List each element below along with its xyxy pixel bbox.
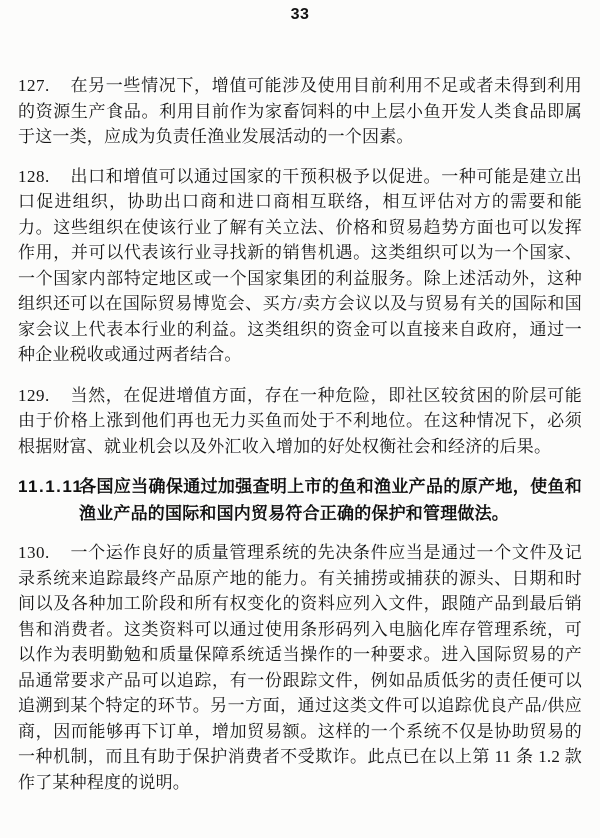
paragraph-130-text: 一个运作良好的质量管理系统的先决条件应当是通过一个文件及记录系统来追踪最终产品原… xyxy=(18,543,582,792)
paragraph-128-text: 出口和增值可以通过国家的干预积极予以促进。一种可能是建立出口促进组织，协助出口商… xyxy=(18,167,582,365)
paragraph-127: 127.在另一些情况下，增值可能涉及使用目前利用不足或者未得到利用的资源生产食品… xyxy=(18,73,582,150)
section-heading-number: 11.1.11 xyxy=(18,473,79,500)
page-number: 33 xyxy=(18,6,582,24)
paragraph-129-number: 129. xyxy=(18,383,70,409)
paragraph-130: 130.一个运作良好的质量管理系统的先决条件应当是通过一个文件及记录系统来追踪最… xyxy=(18,540,582,795)
paragraph-130-number: 130. xyxy=(18,540,70,566)
paragraph-128-number: 128. xyxy=(18,164,70,190)
paragraph-129: 129.当然，在促进增值方面，存在一种危险，即社区较贫困的阶层可能由于价格上涨到… xyxy=(18,383,582,460)
section-heading-11-1-11: 11.1.11各国应当确保通过加强查明上市的鱼和渔业产品的原产地，使鱼和渔业产品… xyxy=(18,473,582,527)
paragraph-129-text: 当然，在促进增值方面，存在一种危险，即社区较贫困的阶层可能由于价格上涨到他们再也… xyxy=(18,386,582,456)
paragraph-128: 128.出口和增值可以通过国家的干预积极予以促进。一种可能是建立出口促进组织，协… xyxy=(18,164,582,368)
paragraph-127-text: 在另一些情况下，增值可能涉及使用目前利用不足或者未得到利用的资源生产食品。利用目… xyxy=(18,76,582,146)
document-page: 33 127.在另一些情况下，增值可能涉及使用目前利用不足或者未得到利用的资源生… xyxy=(0,0,600,838)
section-heading-text: 各国应当确保通过加强查明上市的鱼和渔业产品的原产地，使鱼和渔业产品的国际和国内贸… xyxy=(79,477,582,523)
paragraph-127-number: 127. xyxy=(18,73,70,99)
